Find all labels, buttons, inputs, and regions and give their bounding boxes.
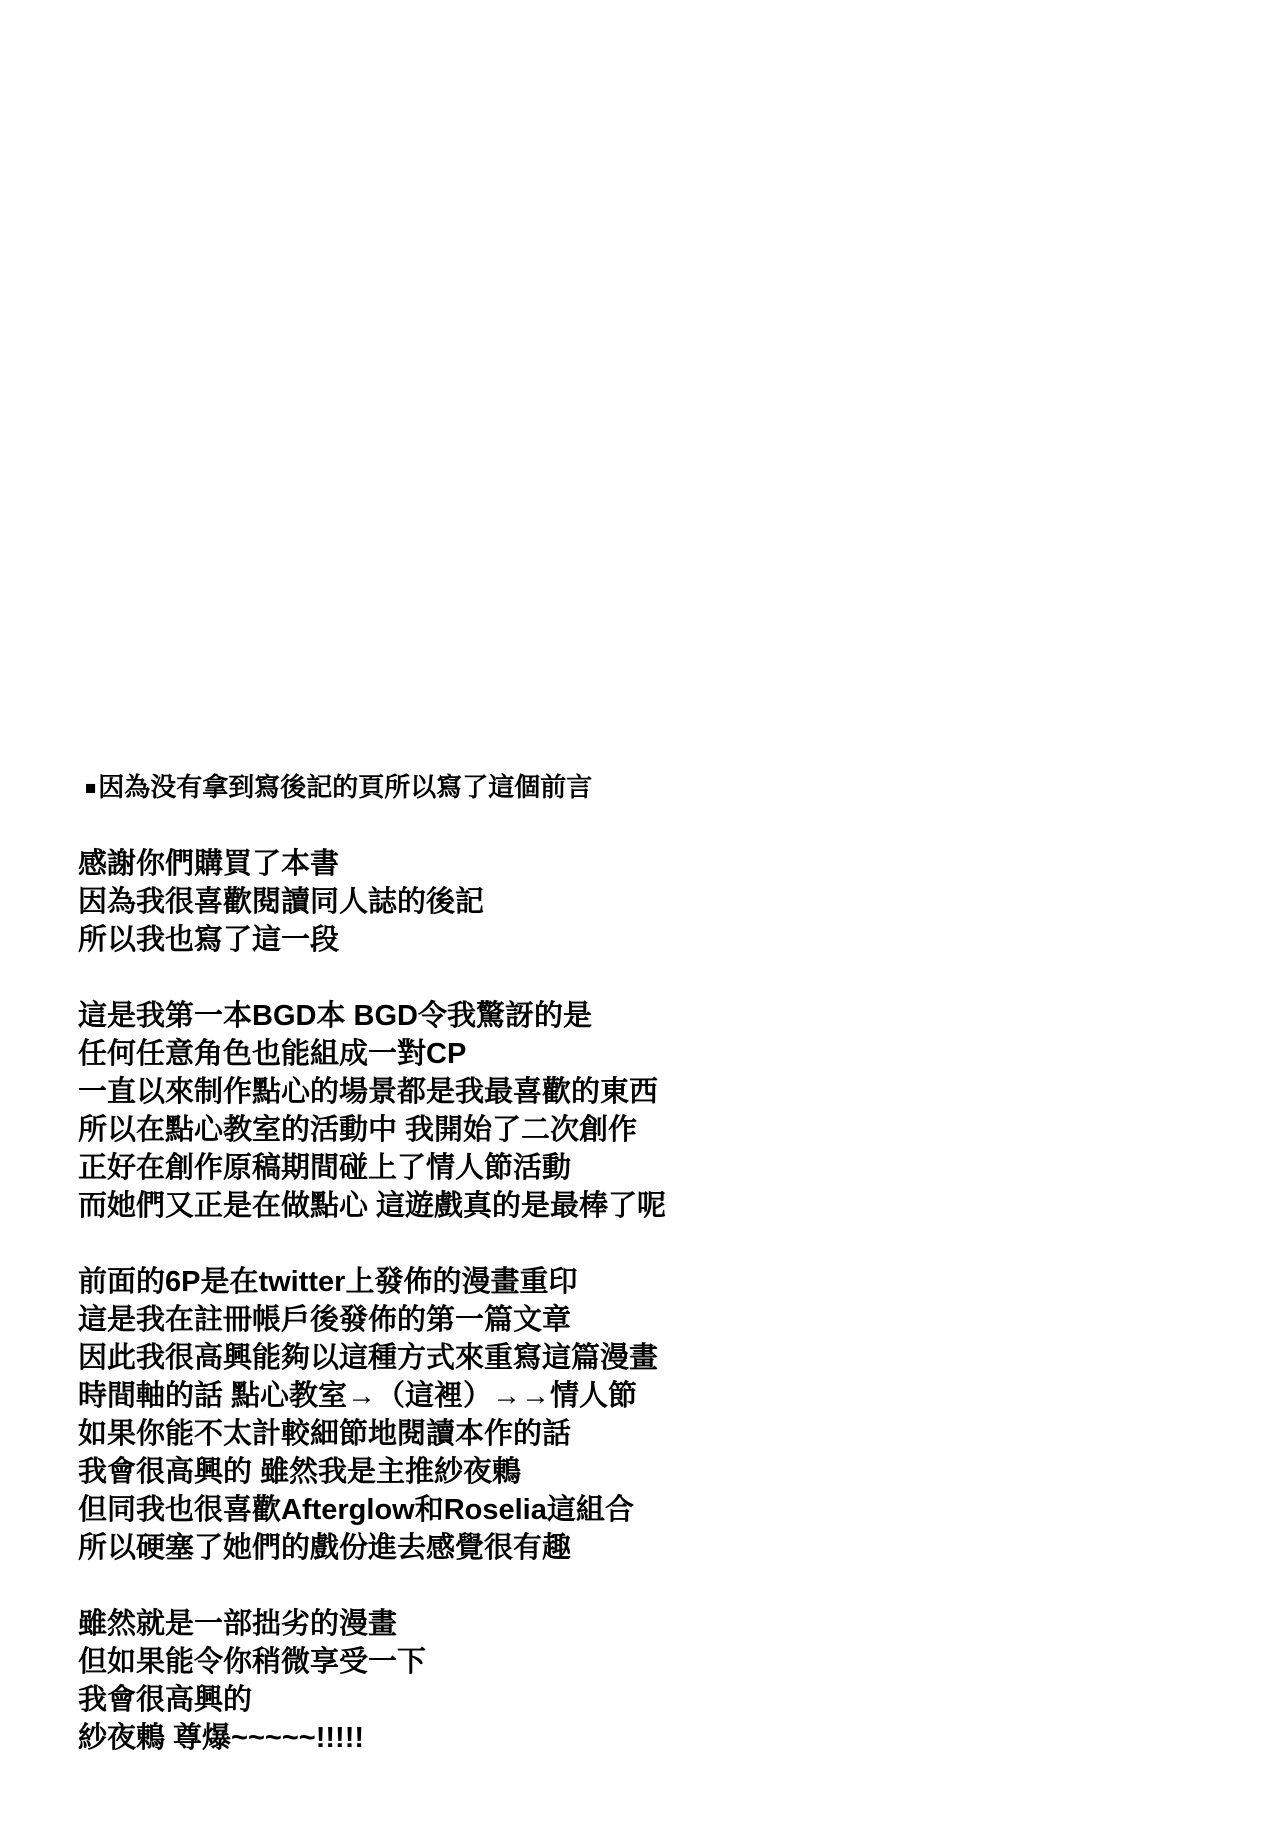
paragraph-twitter-reprint: 前面的6P是在twitter上發佈的漫畫重印 這是我在註冊帳戶後發佈的第一篇文章… (78, 1263, 666, 1567)
scanned-page: ■因為没有拿到寫後記的頁所以寫了這個前言 感謝你們購買了本書 因為我很喜歡閱讀同… (0, 0, 1280, 1829)
paragraph-thanks: 感謝你們購買了本書 因為我很喜歡閱讀同人誌的後記 所以我也寫了這一段 (78, 845, 666, 959)
text-line: 所以硬塞了她們的戲份進去感覺很有趣 (78, 1529, 666, 1567)
text-line: 如果你能不太計較細節地閱讀本作的話 (78, 1415, 666, 1453)
text-line: 因此我很高興能夠以這種方式來重寫這篇漫畫 (78, 1339, 666, 1377)
text-line: 紗夜鶇 尊爆~~~~~!!!!! (78, 1719, 666, 1757)
text-line: 我會很高興的 (78, 1681, 666, 1719)
text-line: 前面的6P是在twitter上發佈的漫畫重印 (78, 1263, 666, 1301)
text-line: 這是我在註冊帳戶後發佈的第一篇文章 (78, 1301, 666, 1339)
afterword-text-block: ■因為没有拿到寫後記的頁所以寫了這個前言 感謝你們購買了本書 因為我很喜歡閱讀同… (78, 768, 666, 1757)
text-line: 而她們又正是在做點心 這遊戲真的是最棒了呢 (78, 1187, 666, 1225)
foreword-heading-text: 因為没有拿到寫後記的頁所以寫了這個前言 (98, 772, 592, 802)
text-line: 但如果能令你稍微享受一下 (78, 1643, 666, 1681)
foreword-heading: ■因為没有拿到寫後記的頁所以寫了這個前言 (78, 768, 666, 807)
text-line: 所以我也寫了這一段 (78, 921, 666, 959)
text-line: 任何任意角色也能組成一對CP (78, 1035, 666, 1073)
text-line: 雖然就是一部拙劣的漫畫 (78, 1605, 666, 1643)
text-line: 正好在創作原稿期間碰上了情人節活動 (78, 1149, 666, 1187)
text-line: 一直以來制作點心的場景都是我最喜歡的東西 (78, 1073, 666, 1111)
paragraph-closing: 雖然就是一部拙劣的漫畫 但如果能令你稍微享受一下 我會很高興的 紗夜鶇 尊爆~~… (78, 1605, 666, 1757)
text-line: 因為我很喜歡閱讀同人誌的後記 (78, 883, 666, 921)
text-line: 但同我也很喜歡Afterglow和Roselia這組合 (78, 1491, 666, 1529)
text-line: 感謝你們購買了本書 (78, 845, 666, 883)
text-line: 所以在點心教室的活動中 我開始了二次創作 (78, 1111, 666, 1149)
square-bullet-icon: ■ (85, 777, 96, 798)
text-line: 我會很高興的 雖然我是主推紗夜鶇 (78, 1453, 666, 1491)
text-line: 這是我第一本BGD本 BGD令我驚訝的是 (78, 997, 666, 1035)
paragraph-first-book: 這是我第一本BGD本 BGD令我驚訝的是 任何任意角色也能組成一對CP 一直以來… (78, 997, 666, 1225)
text-line: 時間軸的話 點心教室→（這裡）→→情人節 (78, 1377, 666, 1415)
